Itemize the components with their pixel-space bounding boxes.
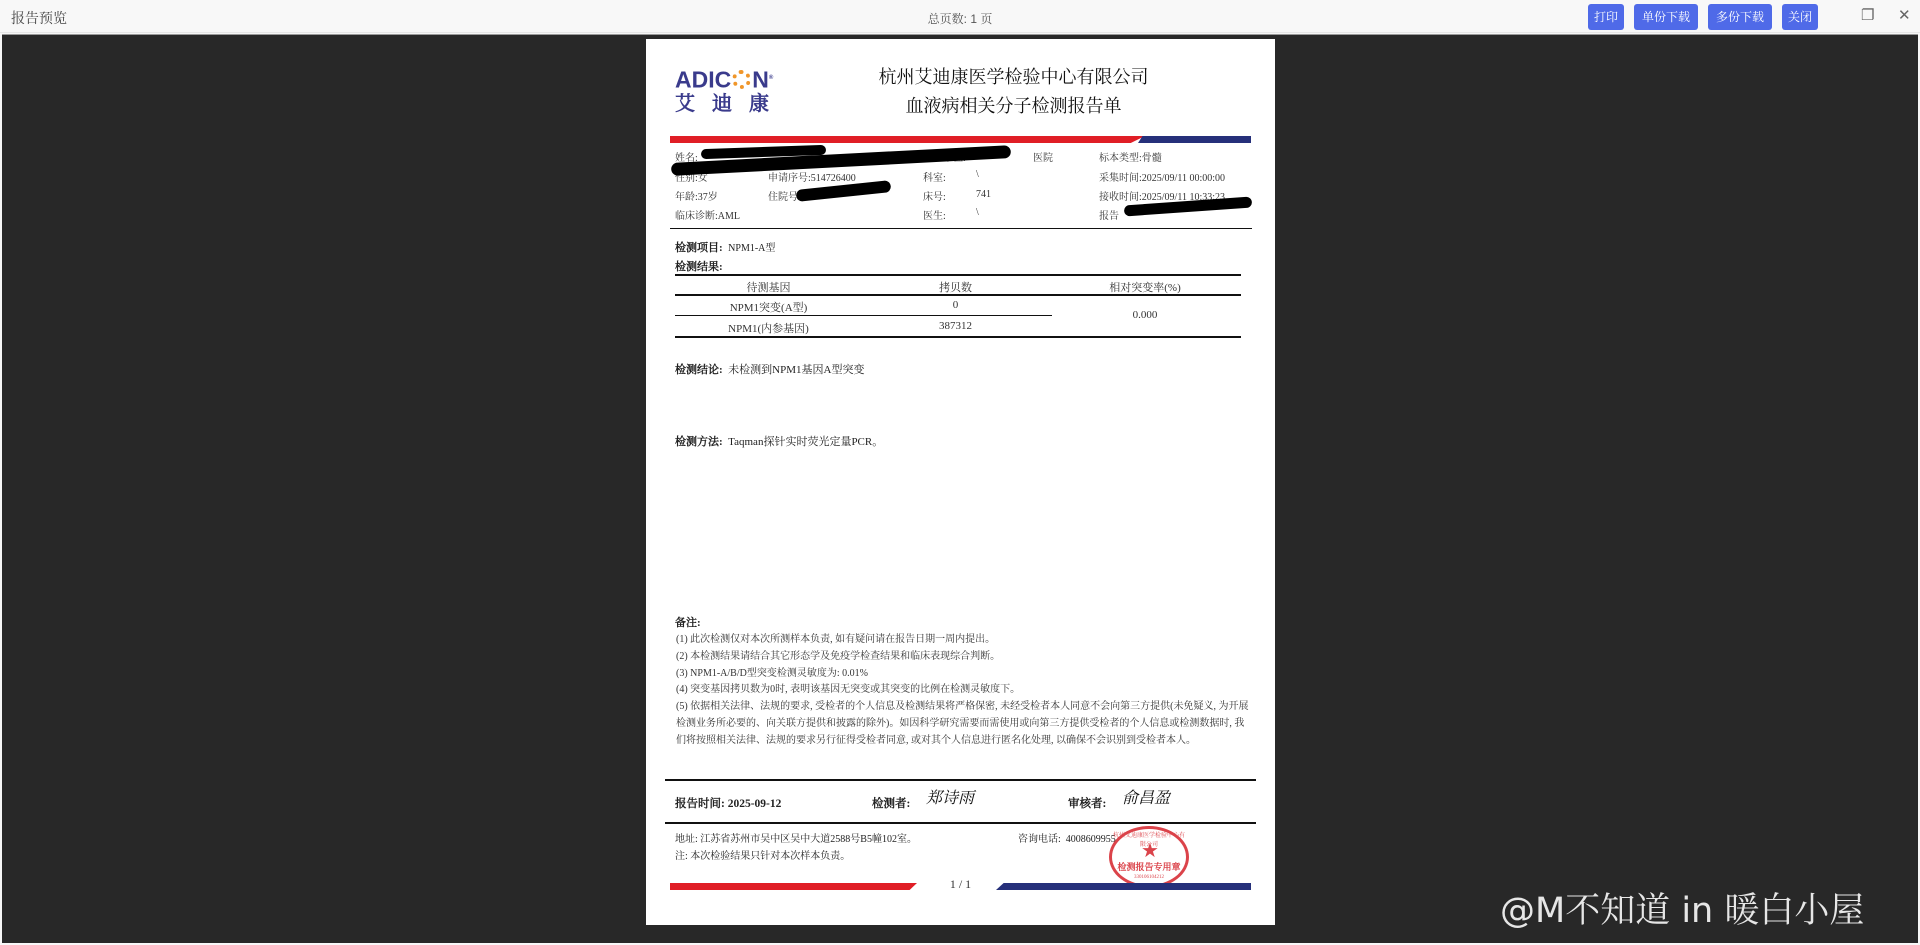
doctor-label: 医生: — [923, 207, 946, 222]
report-page: ADICN® 艾迪康 杭州艾迪康医学检验中心有限公司 血液病相关分子检测报告单 … — [646, 39, 1275, 925]
table-row-gene: NPM1突变(A型) — [675, 299, 862, 315]
conclusion: 检测结论: 未检测到NPM1基因A型突变 — [675, 361, 864, 377]
table-header-rate: 相对突变率(%) — [1049, 279, 1241, 295]
seal-star-icon: ★ — [1141, 841, 1159, 861]
restore-window-icon[interactable]: ❐ — [1861, 6, 1874, 24]
collection-time: 采集时间:2025/09/11 00:00:00 — [1099, 169, 1225, 184]
address: 地址: 江苏省苏州市吴中区吴中大道2588号B5幢102室。 — [675, 830, 917, 845]
table-bottom-rule — [675, 336, 1241, 338]
header-stripe-blue — [1138, 136, 1251, 143]
table-header-copies: 拷贝数 — [862, 279, 1049, 295]
department-label: 科室: — [923, 169, 946, 184]
method: 检测方法: Taqman探针实时荧光定量PCR。 — [675, 433, 883, 449]
note-item: (5) 依据相关法律、法规的要求, 受检者的个人信息及检测结果将严格保密, 未经… — [676, 699, 1251, 749]
specimen-type: 标本类型:骨髓 — [1099, 149, 1162, 164]
table-row-copies: 0 — [862, 299, 1049, 311]
report-viewer[interactable]: ADICN® 艾迪康 杭州艾迪康医学检验中心有限公司 血液病相关分子检测报告单 … — [2, 34, 1918, 943]
notes-list: (1) 此次检测仅对本次所测样本负责, 如有疑问请在报告日期一周内提出。 (2)… — [676, 632, 1251, 750]
table-row-rule — [675, 315, 1052, 316]
signature-bottom-rule — [665, 822, 1256, 824]
close-button[interactable]: 关闭 — [1782, 4, 1818, 30]
application-number: 申请序号:514726400 — [768, 169, 856, 184]
table-top-rule — [675, 274, 1241, 276]
preview-toolbar: 报告预览 总页数: 1 页 打印 单份下载 多份下载 关闭 ❐ ✕ — [0, 0, 1920, 33]
note-item: (4) 突变基因拷贝数为0时, 表明该基因无突变或其突变的比例在检测灵敏度下。 — [676, 682, 1251, 699]
reviewer-signature: 俞昌盈 — [1122, 785, 1170, 808]
doctor-value: \ — [976, 207, 979, 218]
divider — [670, 228, 1252, 229]
reviewer-label: 审核者: — [1068, 795, 1106, 811]
table-relative-rate: 0.000 — [1049, 309, 1241, 321]
page-count: 总页数: 1 页 — [0, 10, 1920, 27]
table-header-rule — [675, 294, 1241, 296]
phone: 咨询电话: 4008609955 — [1018, 830, 1116, 845]
result-label: 检测结果: — [675, 258, 723, 274]
disclaimer: 注: 本次检验结果只针对本次样本负责。 — [675, 847, 850, 862]
table-row-gene: NPM1(内参基因) — [675, 320, 862, 336]
multi-download-button[interactable]: 多份下载 — [1708, 4, 1772, 30]
report-time: 报告时间: 2025-09-12 — [675, 795, 781, 811]
table-row-copies: 387312 — [862, 320, 1049, 332]
notes-label: 备注: — [675, 614, 701, 630]
window-title: 报告预览 — [11, 8, 67, 28]
table-header-gene: 待测基因 — [675, 279, 862, 295]
tester-signature: 郑诗雨 — [926, 785, 974, 808]
patient-age: 年龄:37岁 — [675, 188, 718, 203]
bed-label: 床号: — [923, 188, 946, 203]
print-button[interactable]: 打印 — [1588, 4, 1624, 30]
header-stripe-red — [670, 136, 1145, 143]
tester-label: 检测者: — [872, 795, 910, 811]
department-value: \ — [976, 169, 979, 180]
bed-value: 741 — [976, 189, 991, 200]
note-item: (1) 此次检测仅对本次所测样本负责, 如有疑问请在报告日期一周内提出。 — [676, 632, 1251, 649]
submitting-unit-tail: 医院 — [1033, 149, 1053, 164]
test-item: 检测项目: NPM1-A型 — [675, 239, 775, 255]
note-item: (3) NPM1-A/B/D型突变检测灵敏度为: 0.01% — [676, 666, 1251, 683]
watermark: @M不知道 in 暖白小屋 — [1500, 883, 1864, 933]
footer-stripe-blue — [996, 883, 1251, 890]
report-title: 血液病相关分子检测报告单 — [634, 92, 1263, 118]
single-download-button[interactable]: 单份下载 — [1634, 4, 1698, 30]
close-window-icon[interactable]: ✕ — [1898, 6, 1911, 24]
company-name: 杭州艾迪康医学检验中心有限公司 — [634, 63, 1263, 89]
signature-top-rule — [665, 779, 1256, 781]
report-field: 报告 — [1099, 207, 1119, 222]
note-item: (2) 本检测结果请结合其它形态学及免疫学检查结果和临床表现综合判断。 — [676, 649, 1251, 666]
clinical-diagnosis: 临床诊断:AML — [675, 207, 740, 222]
